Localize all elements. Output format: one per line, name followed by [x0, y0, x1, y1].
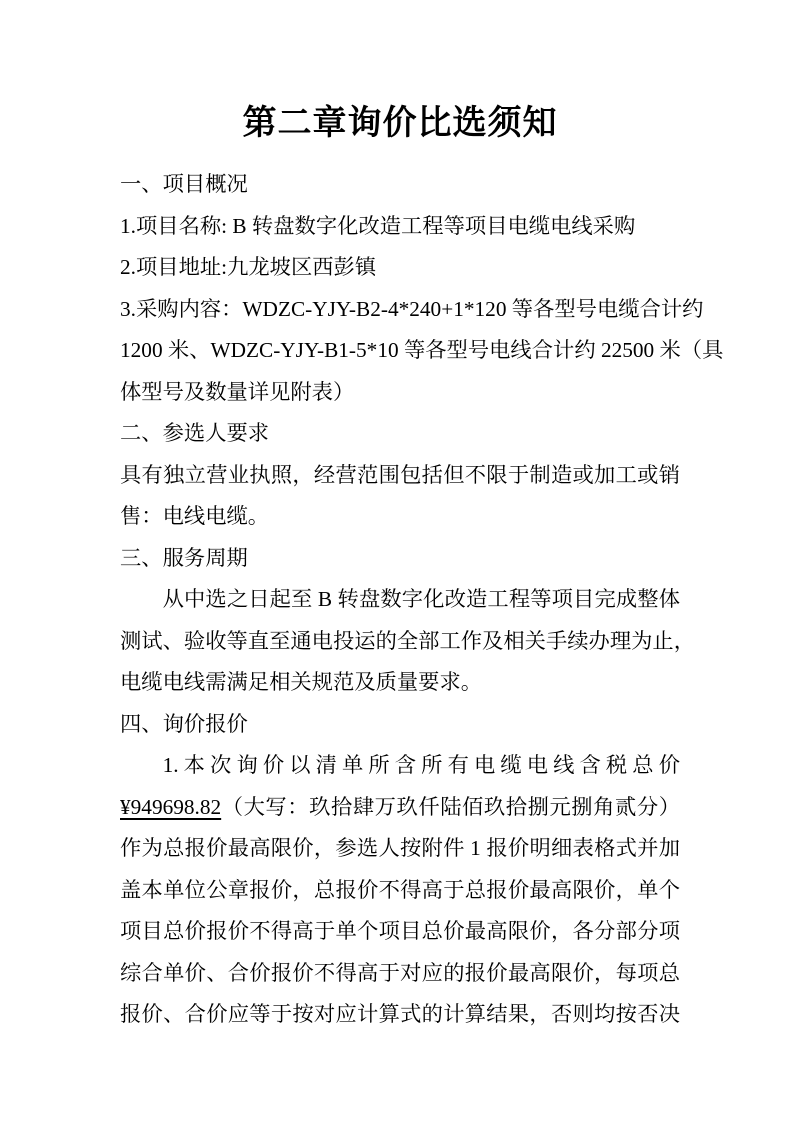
quotation-rule-line: 项目总价报价不得高于单个项目总价最高限价，各分部分项	[120, 911, 680, 953]
price-line: ¥949698.82（大写：玖拾肆万玖仟陆佰玖拾捌元捌角贰分）	[120, 787, 680, 829]
section-4-heading: 四、询价报价	[120, 704, 680, 746]
quotation-intro-line: 1.本次询价以清单所含所有电缆电线含税总价	[120, 745, 680, 787]
service-period-line: 从中选之日起至 B 转盘数字化改造工程等项目完成整体	[120, 579, 680, 621]
quotation-rule-line: 盖本单位公章报价，总报价不得高于总报价最高限价，单个	[120, 870, 680, 912]
project-name-line: 1.项目名称: B 转盘数字化改造工程等项目电缆电线采购	[120, 206, 680, 248]
participant-requirement-line: 具有独立营业执照，经营范围包括但不限于制造或加工或销	[120, 455, 680, 497]
procurement-content-line: 3.采购内容：WDZC-YJY-B2-4*240+1*120 等各型号电缆合计约	[120, 289, 680, 331]
quotation-rule-line: 报价、合价应等于按对应计算式的计算结果，否则均按否决	[120, 994, 680, 1036]
document-page: 第二章询价比选须知 一、项目概况 1.项目名称: B 转盘数字化改造工程等项目电…	[0, 0, 793, 1122]
procurement-content-line: 1200 米、WDZC-YJY-B1-5*10 等各型号电线合计约 22500 …	[120, 330, 680, 372]
participant-requirement-line: 售：电线电缆。	[120, 496, 680, 538]
document-title: 第二章询价比选须知	[120, 99, 680, 148]
project-address-line: 2.项目地址:九龙坡区西彭镇	[120, 247, 680, 289]
price-amount: ¥949698.82	[120, 795, 221, 819]
service-period-line: 电缆电线需满足相关规范及质量要求。	[120, 662, 680, 704]
section-1-heading: 一、项目概况	[120, 164, 680, 206]
section-3-heading: 三、服务周期	[120, 538, 680, 580]
quotation-rule-line: 作为总报价最高限价，参选人按附件 1 报价明细表格式并加	[120, 828, 680, 870]
section-2-heading: 二、参选人要求	[120, 413, 680, 455]
procurement-content-line: 体型号及数量详见附表）	[120, 372, 680, 414]
service-period-line: 测试、验收等直至通电投运的全部工作及相关手续办理为止，	[120, 621, 680, 663]
quotation-rule-line: 综合单价、合价报价不得高于对应的报价最高限价，每项总	[120, 953, 680, 995]
price-in-words: （大写：玖拾肆万玖仟陆佰玖拾捌元捌角贰分）	[221, 795, 680, 819]
